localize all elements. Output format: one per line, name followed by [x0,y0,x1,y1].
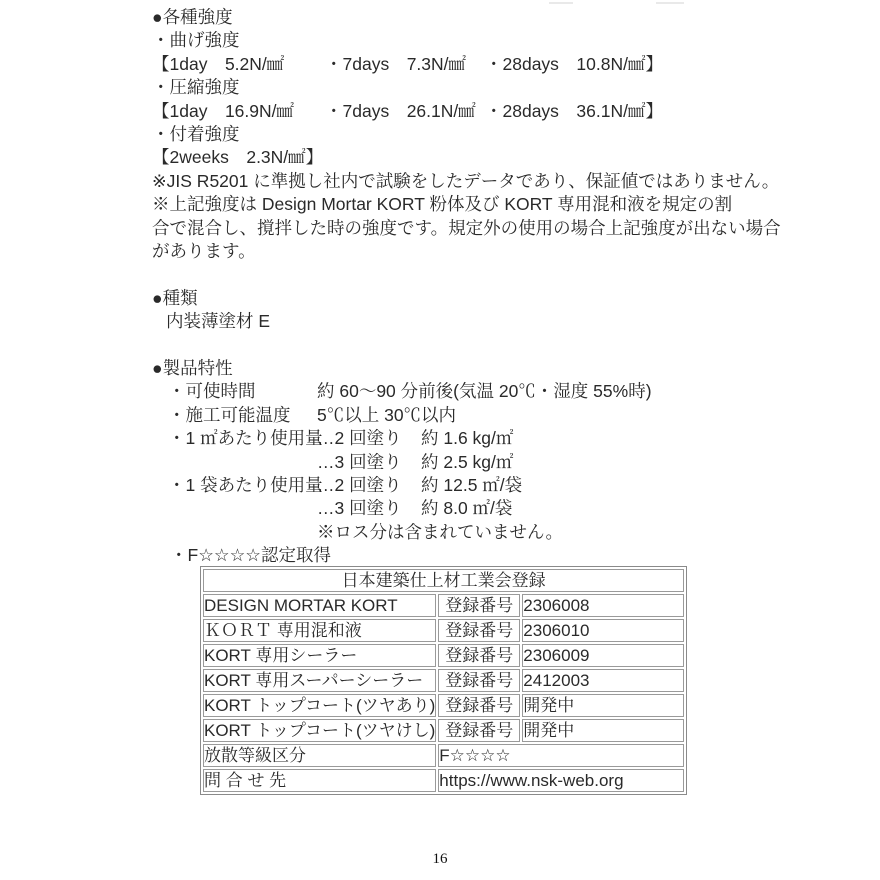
type-value: 内装薄塗材 E [166,310,270,333]
registration-table-container: 日本建築仕上材工業会登録 DESIGN MORTAR KORT 登録番号 230… [200,566,687,795]
page-number: 16 [0,851,880,868]
table-row: ＫＯＲＴ 専用混和液 登録番号 2306010 [203,619,684,642]
property-coats: …3 回塗り [317,451,421,474]
document-page: ●各種強度 ・曲げ強度 【1day 5.2N/㎟ ・7days 7.3N/㎟ ・… [0,0,880,880]
compression-1day-value: 【1day 16.9N/㎟ [152,100,325,123]
empty-cell [168,451,317,474]
table-row: KORT トップコート(ツヤあり) 登録番号 開発中 [203,694,684,717]
bend-28days-value: ・28days 10.8N/㎟】 [485,53,663,76]
section-properties: ●製品特性 ・可使時間 約 60～90 分前後(気温 20℃・湿度 55%時) … [152,357,652,568]
registration-number-value: 2306008 [522,594,684,617]
empty-cell [168,521,317,544]
certification-line: ・F☆☆☆☆認定取得 [170,544,652,567]
emission-class-value: F☆☆☆☆ [438,744,684,767]
property-label: ・1 袋あたり使用量 [168,474,317,497]
property-label: ・可使時間 [168,380,317,403]
table-caption: 日本建築仕上材工業会登録 [203,569,684,592]
strength-heading: ●各種強度 [152,6,781,29]
registration-number-value: 開発中 [522,694,684,717]
registration-number-label: 登録番号 [438,594,520,617]
product-name: ＫＯＲＴ 専用混和液 [203,619,436,642]
bend-1day-value: 【1day 5.2N/㎟ [152,53,325,76]
scan-artifact [549,2,573,4]
section-type: ●種類 内装薄塗材 E [152,287,270,334]
property-value: 5℃以上 30℃以内 [317,404,652,427]
property-coats: …2 回塗り [317,474,421,497]
strength-note-mix-line2: 合で混合し、撹拌した時の強度です。規定外の使用の場合上記強度が出ない場合 [152,217,781,240]
strength-note-jis: ※JIS R5201 に準拠し社内で試験をしたデータであり、保証値ではありません… [152,170,781,193]
table-row: DESIGN MORTAR KORT 登録番号 2306008 [203,594,684,617]
registration-number-label: 登録番号 [438,669,520,692]
property-label: ・施工可能温度 [168,404,317,427]
registration-number-value: 開発中 [522,719,684,742]
registration-number-value: 2306009 [522,644,684,667]
adhesion-strength-value: 【2weeks 2.3N/㎟】 [152,146,781,169]
product-name: KORT 専用スーパーシーラー [203,669,436,692]
registration-number-label: 登録番号 [438,694,520,717]
registration-number-value: 2306010 [522,619,684,642]
registration-number-label: 登録番号 [438,619,520,642]
table-caption-row: 日本建築仕上材工業会登録 [203,569,684,592]
contact-label: 問 合 せ 先 [203,769,436,792]
registration-table: 日本建築仕上材工業会登録 DESIGN MORTAR KORT 登録番号 230… [200,566,687,795]
properties-grid: ・可使時間 約 60～90 分前後(気温 20℃・湿度 55%時) ・施工可能温… [168,380,652,544]
table-row: KORT 専用スーパーシーラー 登録番号 2412003 [203,669,684,692]
type-heading: ●種類 [152,287,270,310]
table-row: KORT 専用シーラー 登録番号 2306009 [203,644,684,667]
table-row: KORT トップコート(ツヤけし) 登録番号 開発中 [203,719,684,742]
registration-number-value: 2412003 [522,669,684,692]
section-strength: ●各種強度 ・曲げ強度 【1day 5.2N/㎟ ・7days 7.3N/㎟ ・… [152,6,781,263]
property-value: 約 8.0 ㎡/袋 [421,497,652,520]
property-label: ・1 ㎡あたり使用量 [168,427,317,450]
emission-class-label: 放散等級区分 [203,744,436,767]
contact-url: https://www.nsk-web.org [438,769,684,792]
registration-number-label: 登録番号 [438,644,520,667]
strength-note-mix-line1: ※上記強度は Design Mortar KORT 粉体及び KORT 専用混和… [152,193,781,216]
property-coats: …3 回塗り [317,497,421,520]
bend-7days-value: ・7days 7.3N/㎟ [325,53,485,76]
empty-cell [168,497,317,520]
product-name: KORT トップコート(ツヤけし) [203,719,436,742]
registration-number-label: 登録番号 [438,719,520,742]
property-value: 約 2.5 kg/㎡ [421,451,652,474]
product-name: DESIGN MORTAR KORT [203,594,436,617]
property-coats: …2 回塗り [317,427,421,450]
property-value: 約 12.5 ㎡/袋 [421,474,652,497]
product-name: KORT トップコート(ツヤあり) [203,694,436,717]
product-name: KORT 専用シーラー [203,644,436,667]
adhesion-strength-label: ・付着強度 [152,123,781,146]
compression-28days-value: ・28days 36.1N/㎟】 [485,100,663,123]
table-row-contact: 問 合 せ 先 https://www.nsk-web.org [203,769,684,792]
properties-heading: ●製品特性 [152,357,652,380]
scan-artifact [656,2,684,4]
bend-strength-values: 【1day 5.2N/㎟ ・7days 7.3N/㎟ ・28days 10.8N… [152,53,781,76]
table-row-emission: 放散等級区分 F☆☆☆☆ [203,744,684,767]
loss-note: ※ロス分は含まれていません。 [317,521,652,544]
strength-note-mix-line3: があります。 [152,240,781,263]
bend-strength-label: ・曲げ強度 [152,29,781,52]
compression-strength-label: ・圧縮強度 [152,76,781,99]
compression-7days-value: ・7days 26.1N/㎟ [325,100,485,123]
property-value: 約 1.6 kg/㎡ [421,427,652,450]
property-value: 約 60～90 分前後(気温 20℃・湿度 55%時) [317,380,652,403]
compression-strength-values: 【1day 16.9N/㎟ ・7days 26.1N/㎟ ・28days 36.… [152,100,781,123]
